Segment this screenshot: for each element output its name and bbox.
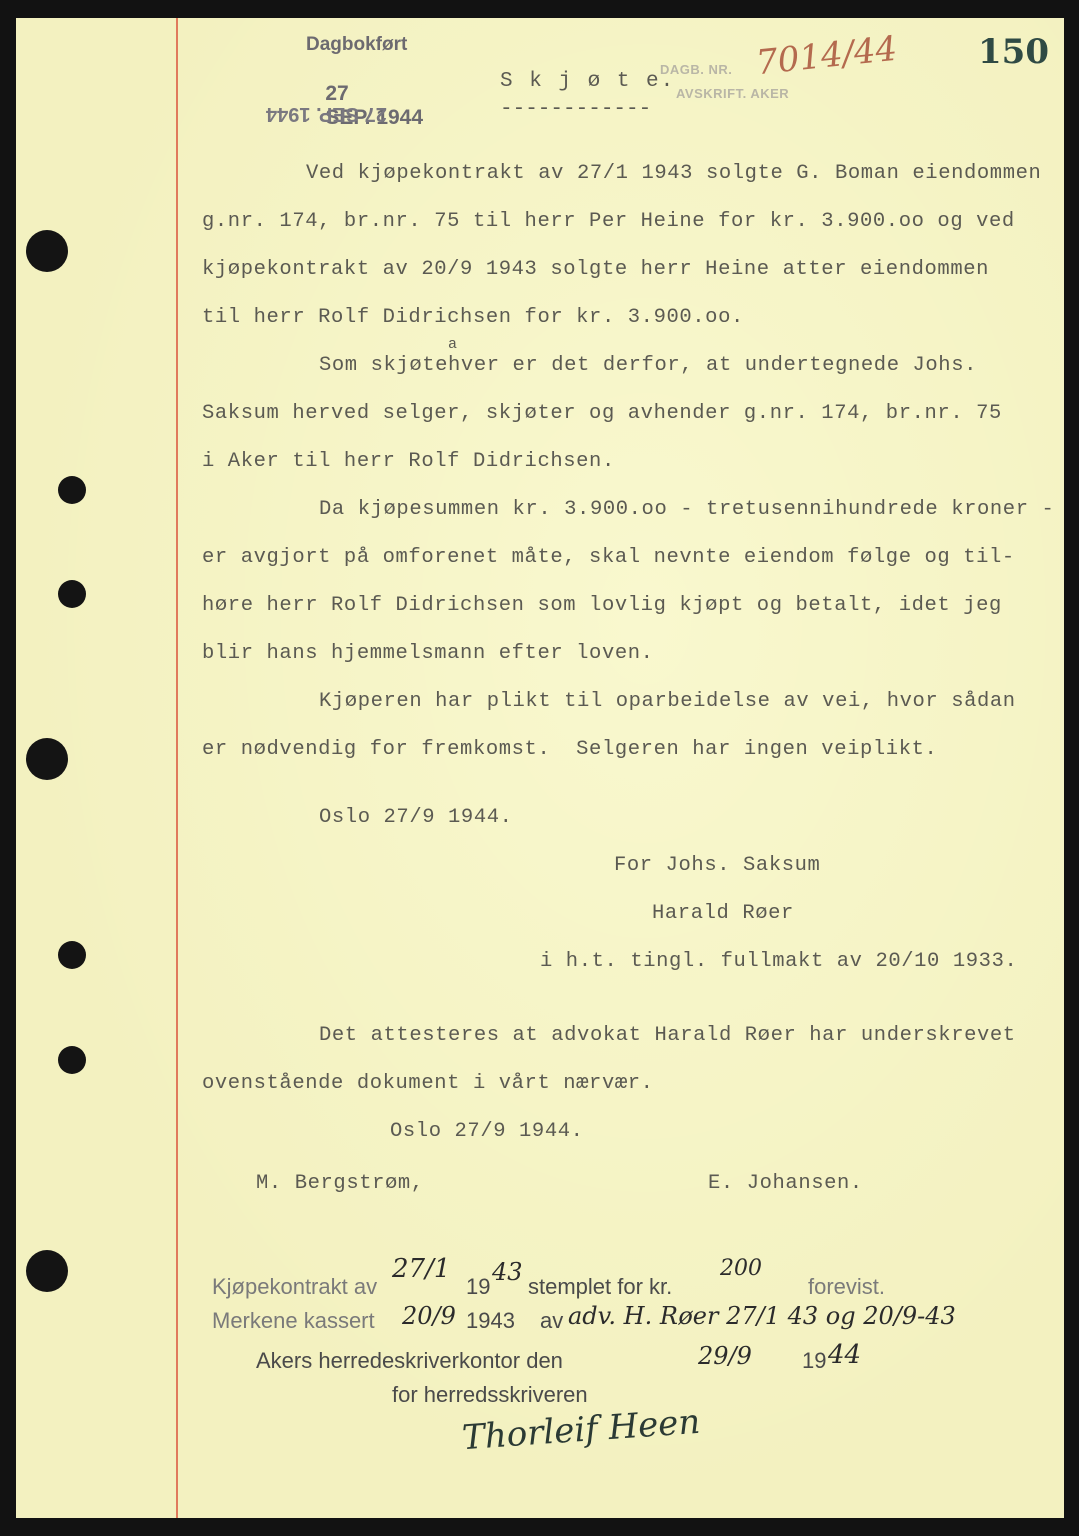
document-page: Dagbokført 27 SEP. 1944 27 SEP. 1944 S k… (16, 18, 1064, 1518)
paragraph-1-line-3: kjøpekontrakt av 20/9 1943 solgte herr H… (202, 258, 989, 281)
punch-hole (58, 1046, 86, 1074)
attestation-line-2: ovenstående dokument i vårt nærvær. (202, 1072, 654, 1095)
paragraph-2-line-1: Som skjøtehver er det derfor, at underte… (319, 354, 977, 377)
reg-line3-hand-year: 44 (828, 1340, 861, 1370)
avskrift-aker-stamp: AVSKRIFT. AKER (676, 86, 789, 101)
reg-line2-hand-date: 20/9 (402, 1302, 456, 1330)
dagb-nr-handwritten: 7014/44 (754, 29, 899, 84)
attestation-line-1: Det attesteres at advokat Harald Røer ha… (319, 1024, 1016, 1047)
reg-line1-hand-amount: 200 (720, 1256, 762, 1281)
reg-line2-hand-note: adv. H. Røer 27/1 43 og 20/9-43 (568, 1302, 956, 1330)
reg-line1-mid: stemplet for kr. (528, 1274, 672, 1300)
paragraph-3-line-1: Da kjøpesummen kr. 3.900.oo - tretusenni… (319, 498, 1054, 521)
reg-line1-year-prefix: 19 (466, 1274, 490, 1300)
document-title: S k j ø t e. (500, 70, 675, 93)
reg-line1-hand-year: 43 (492, 1258, 523, 1286)
paragraph-2-line-3: i Aker til herr Rolf Didrichsen. (202, 450, 615, 473)
reg-line3-hand-date: 29/9 (698, 1342, 752, 1370)
reg-line3-year-prefix: 19 (802, 1348, 826, 1374)
punch-hole (26, 738, 68, 780)
attestation-place-date: Oslo 27/9 1944. (390, 1120, 584, 1143)
reg-line2-prefix: Merkene kassert (212, 1308, 375, 1334)
punch-hole (58, 580, 86, 608)
reg-line1-suffix: forevist. (808, 1274, 885, 1300)
place-date: Oslo 27/9 1944. (319, 806, 513, 829)
paragraph-2-line-2: Saksum herved selger, skjøter og avhende… (202, 402, 1002, 425)
paragraph-1-line-2: g.nr. 174, br.nr. 75 til herr Per Heine … (202, 210, 1015, 233)
paragraph-4-line-1: Kjøperen har plikt til oparbeidelse av v… (319, 690, 1016, 713)
punch-hole (26, 230, 68, 272)
title-underline: ------------ (500, 98, 651, 121)
reg-line2-mid: av (540, 1308, 563, 1334)
paragraph-1-line-4: til herr Rolf Didrichsen for kr. 3.900.o… (202, 306, 744, 329)
dagbokfort-stamp-mirrored: 27 SEP. 1944 (266, 102, 387, 125)
signature-name: Harald Røer (652, 902, 794, 925)
paragraph-3-line-3: høre herr Rolf Didrichsen som lovlig kjø… (202, 594, 1002, 617)
superscript-correction: a (448, 336, 458, 353)
reg-line1-prefix: Kjøpekontrakt av (212, 1274, 377, 1300)
signature-for-line: For Johs. Saksum (614, 854, 820, 877)
witness-right: E. Johansen. (708, 1172, 863, 1195)
paragraph-4-line-2: er nødvendig for fremkomst. Selgeren har… (202, 738, 937, 761)
signature-authority: i h.t. tingl. fullmakt av 20/10 1933. (540, 950, 1017, 973)
reg-line4: for herredsskriveren (392, 1382, 588, 1408)
dagb-nr-stamp: DAGB. NR. (660, 62, 732, 77)
reg-line3-prefix: Akers herredeskriverkontor den (256, 1348, 563, 1374)
punch-hole (26, 1250, 68, 1292)
page-number: 150 (978, 32, 1049, 72)
punch-hole (58, 476, 86, 504)
punch-hole (58, 941, 86, 969)
paragraph-1-line-1: Ved kjøpekontrakt av 27/1 1943 solgte G.… (306, 162, 1041, 185)
paragraph-3-line-4: blir hans hjemmelsmann efter loven. (202, 642, 654, 665)
paragraph-3-line-2: er avgjort på omforenet måte, skal nevnt… (202, 546, 1015, 569)
reg-line2-year: 1943 (466, 1308, 515, 1334)
reg-line1-hand-date: 27/1 (392, 1254, 450, 1284)
dagbokfort-stamp-label: Dagbokført (306, 34, 407, 56)
witness-left: M. Bergstrøm, (256, 1172, 424, 1195)
margin-line (176, 18, 178, 1518)
registrar-signature: Thorleif Heen (461, 1402, 702, 1459)
